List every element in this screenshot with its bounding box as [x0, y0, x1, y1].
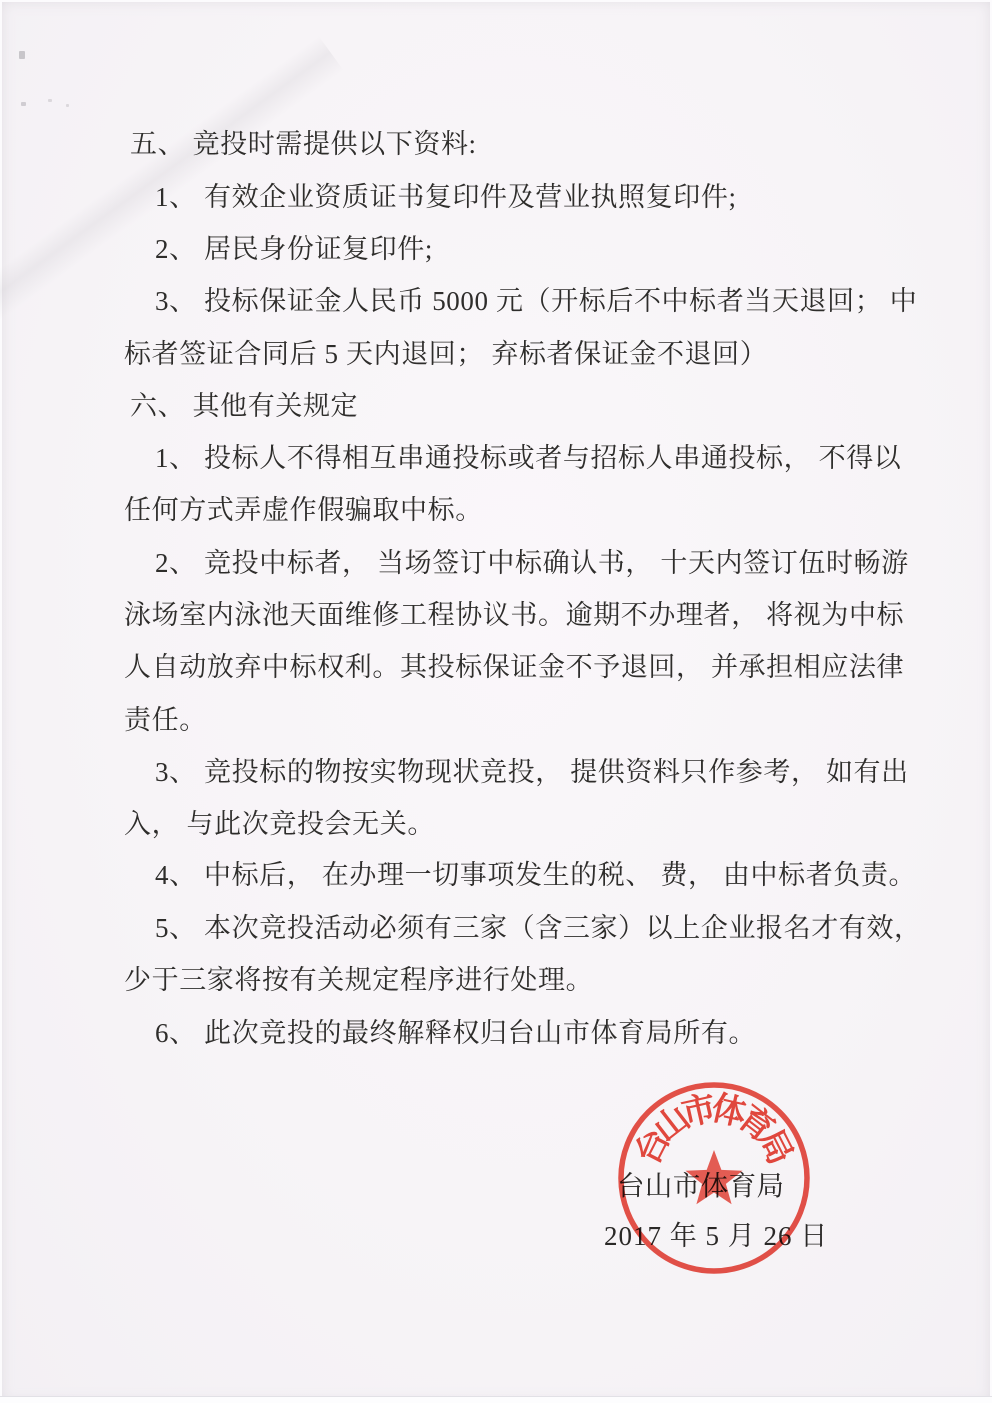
scan-speck [19, 51, 25, 59]
doc-line-section-5: 五、 竞投时需提供以下资料: [130, 127, 477, 161]
doc-line: 1、 投标人不得相互串通投标或者与招标人串通投标， 不得以 [155, 441, 901, 475]
scan-speck [66, 104, 69, 107]
doc-line: 6、 此次竞投的最终解释权归台山市体育局所有。 [155, 1016, 756, 1050]
doc-line: 3、 投标保证金人民币 5000 元（开标后不中标者当天退回； 中 [155, 284, 917, 318]
doc-line: 2、 竞投中标者， 当场签订中标确认书， 十天内签订伍时畅游 [155, 546, 909, 580]
doc-line: 4、 中标后， 在办理一切事项发生的税、 费， 由中标者负责。 [155, 858, 916, 892]
doc-line: 责任。 [124, 703, 207, 737]
doc-line: 1、 有效企业资质证书复印件及营业执照复印件; [155, 180, 737, 214]
doc-line: 2、 居民身份证复印件; [155, 232, 433, 266]
doc-line: 少于三家将按有关规定程序进行处理。 [124, 963, 593, 997]
doc-line: 泳场室内泳池天面维修工程协议书。逾期不办理者， 将视为中标 [124, 598, 904, 632]
doc-line: 标者签证合同后 5 天内退回； 弃标者保证金不退回） [124, 337, 767, 371]
doc-line: 任何方式弄虚作假骗取中标。 [124, 493, 483, 527]
signature-date: 2017 年 5 月 26 日 [604, 1214, 828, 1253]
scan-speck [21, 102, 26, 106]
doc-line: 入， 与此次竞投会无关。 [124, 807, 435, 841]
doc-line: 3、 竞投标的物按实物现状竞投， 提供资料只作参考， 如有出 [155, 755, 909, 789]
scan-speck [48, 99, 52, 102]
signature-organization: 台山市体育局 [617, 1163, 784, 1203]
doc-line-section-6: 六、 其他有关规定 [130, 389, 358, 423]
scanned-document-page: { "page": { "colors": { "paper": "#f7f4f… [0, 0, 992, 1403]
scan-edge [0, 1396, 992, 1403]
doc-line: 人自动放弃中标权利。其投标保证金不予退回， 并承担相应法律 [124, 650, 904, 684]
doc-line: 5、 本次竞投活动必须有三家（含三家）以上企业报名才有效， [155, 911, 922, 945]
